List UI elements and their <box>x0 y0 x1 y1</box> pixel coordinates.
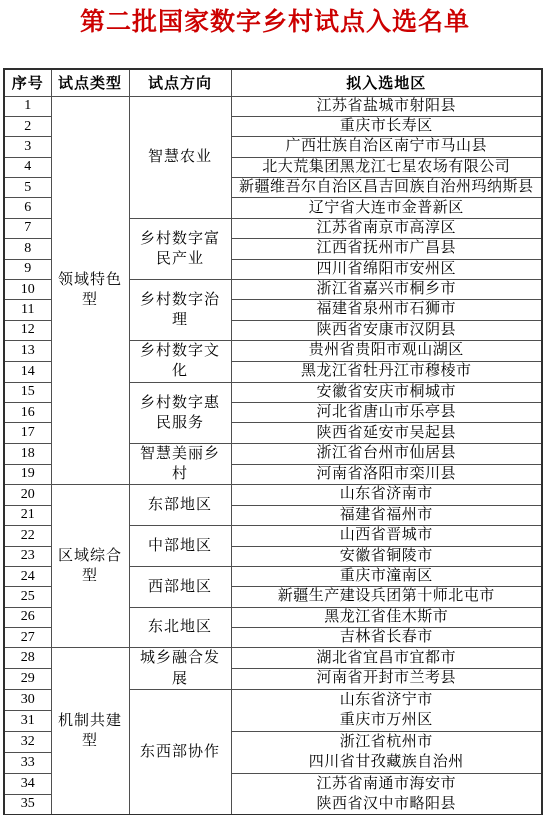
region-line: 江苏省南通市海安市 <box>232 774 542 794</box>
row-number-cell: 4 <box>4 157 51 177</box>
region-cell: 新疆生产建设兵团第十师北屯市 <box>231 587 542 607</box>
table-row: 1领域特色型智慧农业江苏省盐城市射阳县 <box>4 96 542 116</box>
row-number-cell: 34 <box>4 773 51 794</box>
pilot-type-cell: 机制共建型 <box>51 648 129 815</box>
pilot-direction-cell: 城乡融合发展 <box>129 648 231 690</box>
pilot-direction-cell: 中部地区 <box>129 526 231 567</box>
region-cell: 江苏省南通市海安市陕西省汉中市略阳县 <box>231 773 542 815</box>
region-cell: 新疆维吾尔自治区昌吉回族自治州玛纳斯县 <box>231 178 542 198</box>
row-number-cell: 15 <box>4 382 51 402</box>
region-cell: 重庆市长寿区 <box>231 116 542 136</box>
row-number-cell: 32 <box>4 731 51 752</box>
region-cell: 北大荒集团黑龙江七星农场有限公司 <box>231 157 542 177</box>
row-number-cell: 30 <box>4 689 51 710</box>
row-number-cell: 27 <box>4 628 51 648</box>
row-number-cell: 8 <box>4 239 51 259</box>
region-cell: 山西省晋城市 <box>231 526 542 546</box>
region-cell: 浙江省嘉兴市桐乡市 <box>231 280 542 300</box>
row-number-cell: 18 <box>4 443 51 464</box>
pilot-direction-cell: 东西部协作 <box>129 689 231 815</box>
row-number-cell: 35 <box>4 794 51 815</box>
row-number-cell: 2 <box>4 116 51 136</box>
pilot-type-cell: 区域综合型 <box>51 485 129 648</box>
row-number-cell: 12 <box>4 320 51 340</box>
region-cell: 福建省泉州市石狮市 <box>231 300 542 320</box>
pilot-direction-cell: 西部地区 <box>129 566 231 607</box>
table-body: 1领域特色型智慧农业江苏省盐城市射阳县2重庆市长寿区3广西壮族自治区南宁市马山县… <box>4 96 542 815</box>
region-cell: 湖北省宜昌市宜都市 <box>231 648 542 669</box>
header-row: 序号 试点类型 试点方向 拟入选地区 <box>4 69 542 96</box>
pilot-direction-cell: 乡村数字富民产业 <box>129 218 231 279</box>
region-cell: 山东省济宁市重庆市万州区 <box>231 689 542 731</box>
region-line: 重庆市万州区 <box>232 710 542 730</box>
pilot-direction-cell: 智慧美丽乡村 <box>129 443 231 485</box>
table-row: 20区域综合型东部地区山东省济南市 <box>4 485 542 505</box>
row-number-cell: 1 <box>4 96 51 116</box>
region-cell: 陕西省延安市吴起县 <box>231 423 542 443</box>
region-cell: 安徽省铜陵市 <box>231 546 542 566</box>
row-number-cell: 20 <box>4 485 51 505</box>
region-cell: 广西壮族自治区南宁市马山县 <box>231 137 542 157</box>
region-cell: 河北省唐山市乐亭县 <box>231 403 542 423</box>
row-number-cell: 28 <box>4 648 51 669</box>
region-cell: 河南省洛阳市栾川县 <box>231 464 542 485</box>
row-number-cell: 22 <box>4 526 51 546</box>
row-number-cell: 19 <box>4 464 51 485</box>
row-number-cell: 21 <box>4 505 51 525</box>
document-page: 第二批国家数字乡村试点入选名单 序号 试点类型 试点方向 拟入选地区 1领域特色… <box>0 0 550 815</box>
row-number-cell: 13 <box>4 341 51 362</box>
row-number-cell: 31 <box>4 710 51 731</box>
row-number-cell: 23 <box>4 546 51 566</box>
row-number-cell: 14 <box>4 361 51 382</box>
pilot-direction-cell: 东部地区 <box>129 485 231 526</box>
row-number-cell: 17 <box>4 423 51 443</box>
table-header: 序号 试点类型 试点方向 拟入选地区 <box>4 69 542 96</box>
row-number-cell: 10 <box>4 280 51 300</box>
region-line: 陕西省汉中市略阳县 <box>232 794 542 814</box>
table-row: 28机制共建型城乡融合发展湖北省宜昌市宜都市 <box>4 648 542 669</box>
region-line: 浙江省杭州市 <box>232 732 542 752</box>
row-number-cell: 7 <box>4 218 51 238</box>
column-header-region: 拟入选地区 <box>231 69 542 96</box>
region-cell: 山东省济南市 <box>231 485 542 505</box>
region-cell: 贵州省贵阳市观山湖区 <box>231 341 542 362</box>
region-cell: 江苏省南京市高淳区 <box>231 218 542 238</box>
row-number-cell: 29 <box>4 669 51 690</box>
region-cell: 吉林省长春市 <box>231 628 542 648</box>
region-cell: 重庆市潼南区 <box>231 566 542 586</box>
row-number-cell: 24 <box>4 566 51 586</box>
region-cell: 黑龙江省佳木斯市 <box>231 607 542 627</box>
pilot-type-cell: 领域特色型 <box>51 96 129 485</box>
region-cell: 浙江省台州市仙居县 <box>231 443 542 464</box>
region-cell: 浙江省杭州市四川省甘孜藏族自治州 <box>231 731 542 773</box>
region-cell: 江苏省盐城市射阳县 <box>231 96 542 116</box>
region-cell: 安徽省安庆市桐城市 <box>231 382 542 402</box>
row-number-cell: 25 <box>4 587 51 607</box>
region-line: 四川省甘孜藏族自治州 <box>232 752 542 772</box>
row-number-cell: 16 <box>4 403 51 423</box>
region-cell: 黑龙江省牡丹江市穆棱市 <box>231 361 542 382</box>
column-header-direction: 试点方向 <box>129 69 231 96</box>
region-cell: 河南省开封市兰考县 <box>231 669 542 690</box>
pilot-direction-cell: 乡村数字惠民服务 <box>129 382 231 443</box>
pilot-direction-cell: 乡村数字文化 <box>129 341 231 383</box>
row-number-cell: 11 <box>4 300 51 320</box>
pilot-direction-cell: 智慧农业 <box>129 96 231 218</box>
region-cell: 四川省绵阳市安州区 <box>231 259 542 279</box>
page-title: 第二批国家数字乡村试点入选名单 <box>0 9 550 37</box>
row-number-cell: 9 <box>4 259 51 279</box>
pilot-direction-cell: 东北地区 <box>129 607 231 648</box>
column-header-type: 试点类型 <box>51 69 129 96</box>
region-cell: 辽宁省大连市金普新区 <box>231 198 542 218</box>
region-line: 山东省济宁市 <box>232 690 542 710</box>
region-cell: 陕西省安康市汉阴县 <box>231 320 542 340</box>
row-number-cell: 6 <box>4 198 51 218</box>
region-cell: 福建省福州市 <box>231 505 542 525</box>
pilot-direction-cell: 乡村数字治理 <box>129 280 231 341</box>
row-number-cell: 5 <box>4 178 51 198</box>
region-cell: 江西省抚州市广昌县 <box>231 239 542 259</box>
row-number-cell: 3 <box>4 137 51 157</box>
row-number-cell: 26 <box>4 607 51 627</box>
pilot-list-table: 序号 试点类型 试点方向 拟入选地区 1领域特色型智慧农业江苏省盐城市射阳县2重… <box>3 68 543 815</box>
column-header-serial: 序号 <box>4 69 51 96</box>
row-number-cell: 33 <box>4 752 51 773</box>
